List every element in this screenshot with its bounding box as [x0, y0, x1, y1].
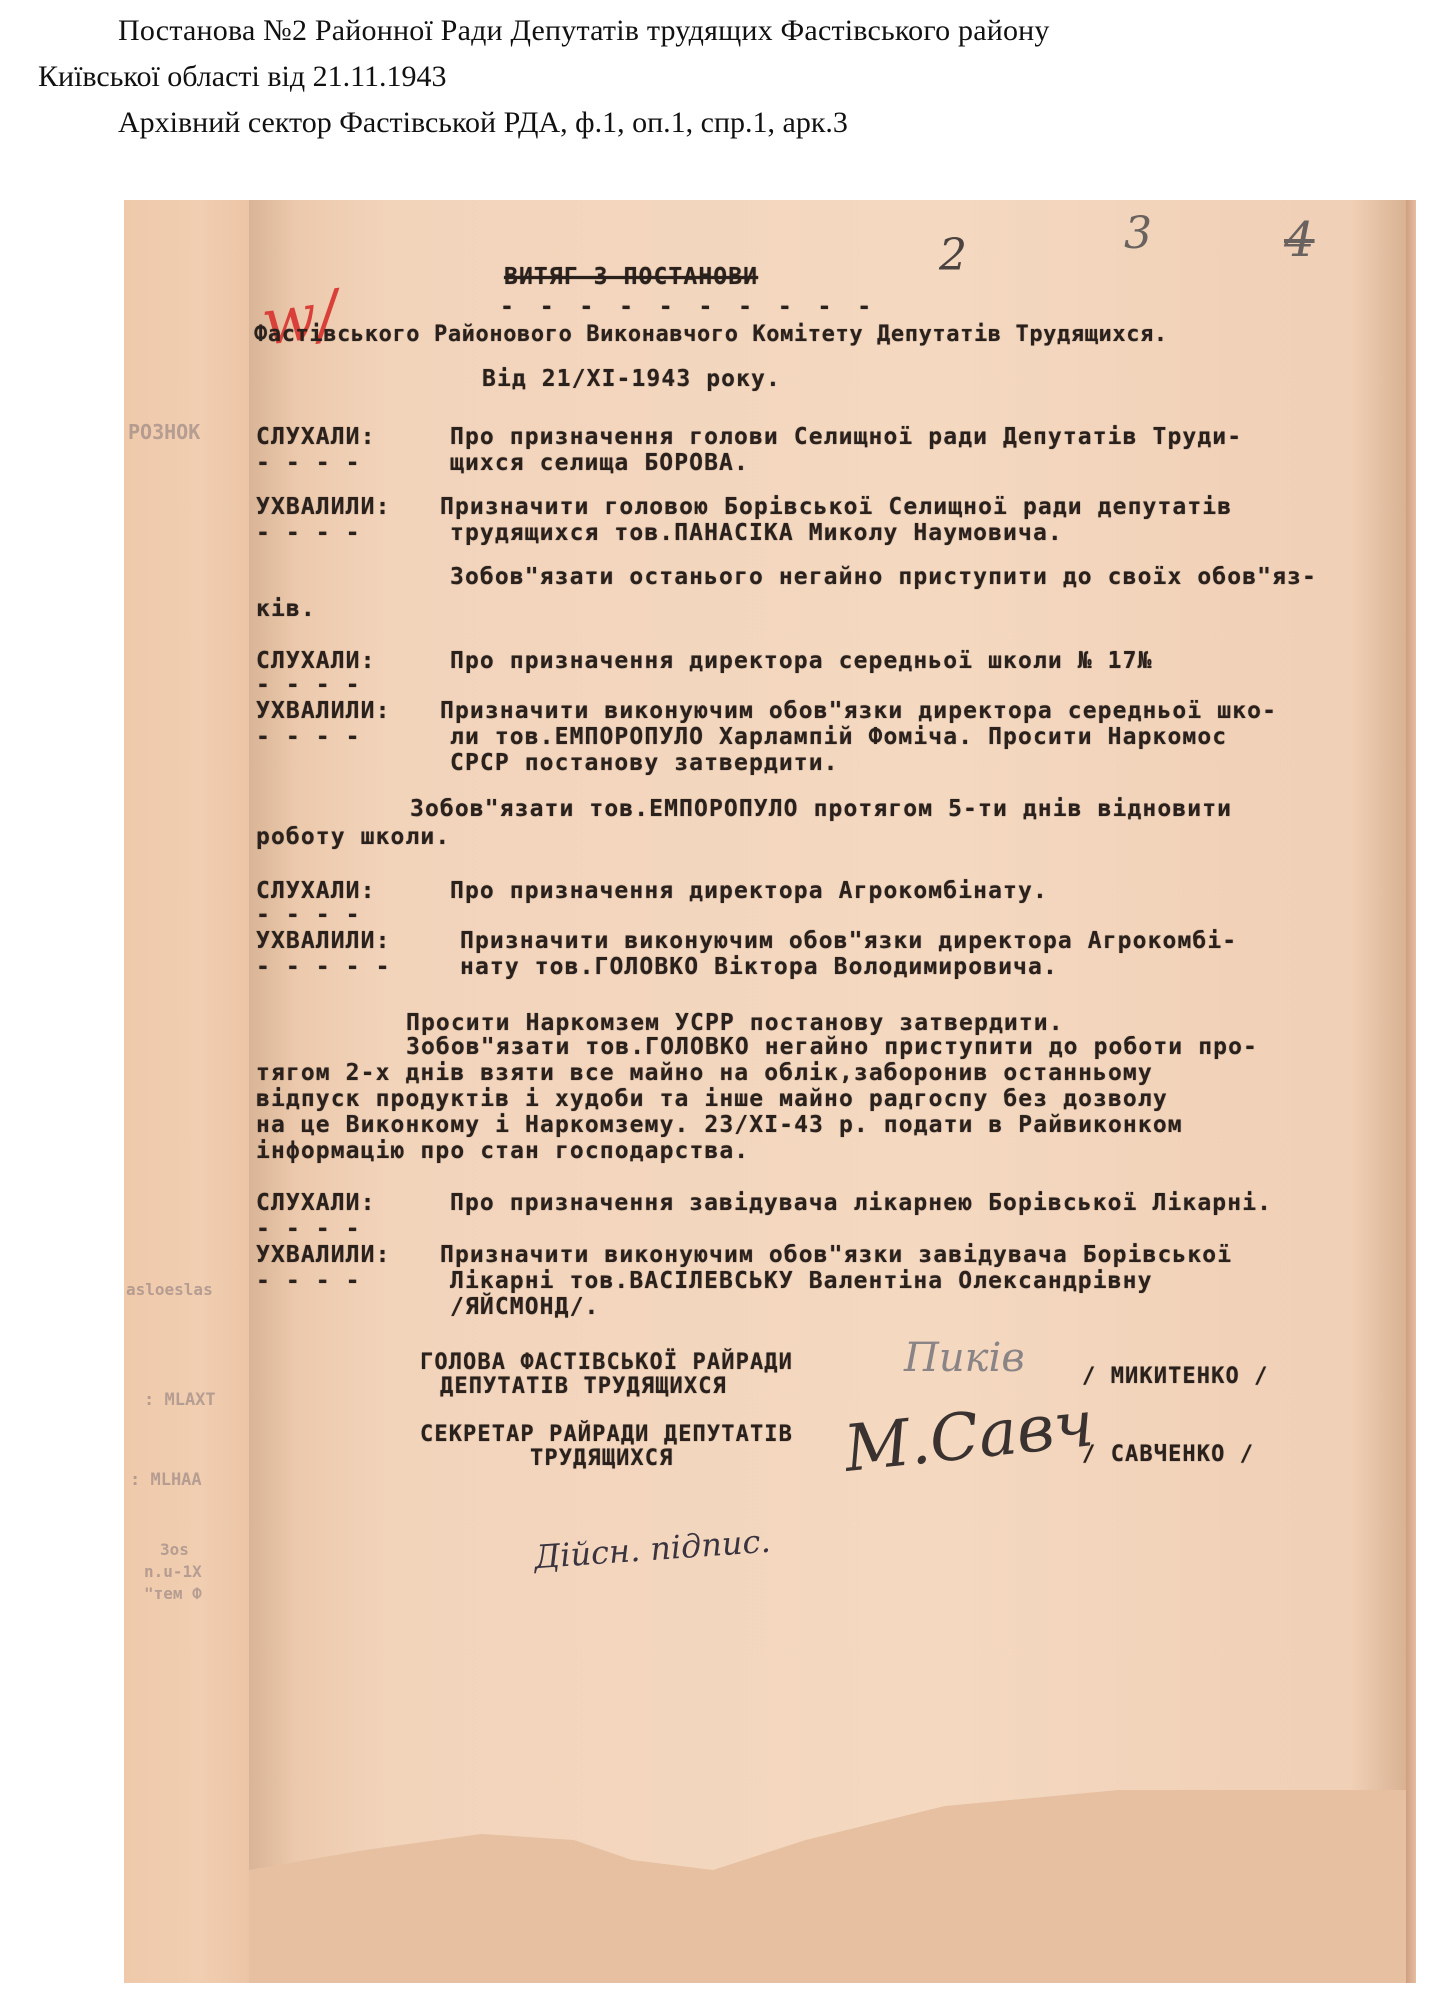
signatory-name: / САВЧЕНКО / — [1082, 1440, 1254, 1470]
issuing-body: Фастівського Районового Виконавчого Комі… — [254, 320, 1168, 350]
page-edge — [1406, 200, 1416, 1983]
ghost-text: 3os — [160, 1540, 189, 1559]
extra-text: Зобов"язати тов.ЕМПОРОПУЛО протягом 5-ти… — [410, 794, 1232, 824]
page-number-3: 3 — [1124, 208, 1152, 259]
extra-text: роботу школи. — [256, 822, 450, 852]
decided-text: трудящихся тов.ПАНАСІКА Миколу Наумовича… — [450, 518, 1063, 548]
decided-dashes: - - - - — [256, 1266, 361, 1296]
signatory-title: ДЕПУТАТІВ ТРУДЯЩИХСЯ — [440, 1372, 727, 1402]
decided-dashes: - - - - — [256, 518, 361, 548]
underlying-page-strip: РОЗНОК asloeslas : MLAXT : MLHAA 3os n.u… — [124, 200, 250, 1983]
heard-text: Про призначення директора Агрокомбінату. — [450, 876, 1048, 906]
heard-text: щихся селища БОРОВА. — [450, 448, 749, 478]
caption-line-1: Постанова №2 Районної Ради Депутатів тру… — [118, 12, 1050, 50]
handwritten-signature: Пиків — [904, 1335, 1025, 1381]
heard-dashes: - - - - — [256, 448, 361, 478]
extra-text: ків. — [256, 594, 316, 624]
document-date: Від 21/XI-1943 року. — [482, 364, 781, 394]
decided-dashes: - - - - — [256, 722, 361, 752]
caption-line-3: Архівний сектор Фастівськой РДА, ф.1, оп… — [118, 104, 848, 142]
ghost-text: asloeslas — [126, 1280, 213, 1299]
scanned-document: РОЗНОК asloeslas : MLAXT : MLHAA 3os n.u… — [124, 200, 1416, 1983]
page-number-2: 2 — [939, 230, 967, 281]
heard-text: Про призначення завідувача лікарнею Борі… — [450, 1188, 1272, 1218]
ghost-text: n.u-1X — [144, 1562, 202, 1581]
decided-text: СРСР постанову затвердити. — [450, 748, 839, 778]
ghost-text: РОЗНОК — [128, 420, 200, 444]
signatory-name: / МИКИТЕНКО / — [1082, 1362, 1269, 1392]
decided-dashes: - - - - - — [256, 952, 391, 982]
heard-text: Про призначення директора середньої школ… — [450, 646, 1153, 676]
extra-text: інформацію про стан господарства. — [256, 1136, 749, 1166]
page-number-4-crossed: 4 — [1284, 212, 1315, 268]
decided-text: нату тов.ГОЛОВКО Віктора Володимировича. — [460, 952, 1058, 982]
ghost-text: "тем Ф — [144, 1584, 202, 1603]
decided-text: /ЯЙСМОНД/. — [450, 1292, 599, 1322]
extra-text: Зобов"язати останього негайно приступити… — [450, 562, 1317, 592]
caption-line-2: Київської області від 21.11.1943 — [38, 58, 447, 96]
document-title: ВИТЯГ З ПОСТАНОВИ — [504, 262, 758, 292]
ghost-text: : MLHAA — [130, 1470, 202, 1490]
signatory-title: ТРУДЯЩИХСЯ — [530, 1444, 673, 1474]
title-underline: - - - - - - - - - - — [500, 292, 877, 322]
ghost-text: : MLAXT — [144, 1390, 216, 1410]
title-text: ВИТЯГ З ПОСТАНОВИ — [504, 264, 758, 290]
